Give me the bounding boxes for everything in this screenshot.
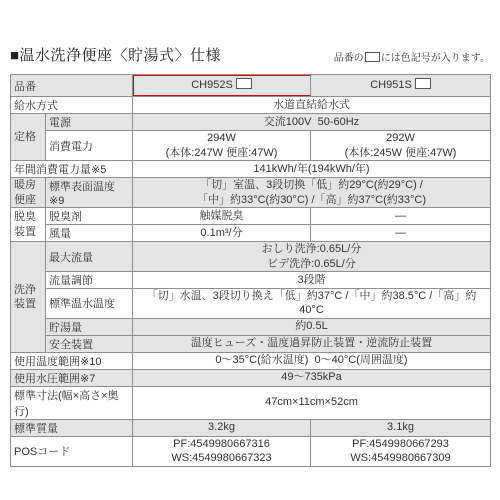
- spec-value-cell: 約0.5L: [133, 318, 491, 335]
- cell-text-line: 3.2kg: [136, 420, 307, 434]
- spec-label-cell: 消費電力: [46, 131, 133, 161]
- spec-label-cell: 安全装置: [46, 335, 133, 352]
- spec-label-cell: 風量: [46, 225, 133, 242]
- cell-text-line: 約0.5L: [136, 319, 487, 333]
- spec-row: 風量0.1m³/分—: [11, 225, 491, 242]
- cell-text-line: 3段階: [136, 273, 487, 287]
- spec-value-cell: 3.2kg: [133, 419, 311, 436]
- spec-row: 標準温水温度「切」水温、3段切り換え「低」約37°C /「中」約38.5°C /…: [11, 289, 491, 319]
- cell-text-line: 便座: [14, 193, 42, 207]
- cell-text-line: 3.1kg: [314, 420, 487, 434]
- spec-sheet-header: ■温水洗浄便座〈貯湯式〉仕様 品番のには色記号が入ります。: [10, 47, 490, 65]
- cell-text-line: WS:4549980667309: [314, 451, 487, 465]
- spec-value-cell: —: [311, 208, 491, 225]
- spec-row: POSコードPF:4549980667316WS:4549980667323PF…: [11, 436, 491, 466]
- spec-row: 貯湯量約0.5L: [11, 318, 491, 335]
- cell-text-line: 0.1m³/分: [136, 226, 307, 240]
- cell-text-line: CH951S: [314, 78, 487, 92]
- cell-text-line: 洗浄: [14, 283, 42, 297]
- color-code-note: 品番のには色記号が入ります。: [334, 49, 490, 65]
- cell-text-line: 交流100V 50-60Hz: [136, 115, 487, 129]
- spec-value-cell: 141kWh/年(194kWh/年): [133, 161, 491, 178]
- spec-row: 安全装置温度ヒューズ・温度過昇防止装置・逆流防止装置: [11, 335, 491, 352]
- spec-label-cell: 年間消費電力量※5: [11, 161, 133, 178]
- spec-label-cell: 電源: [46, 114, 133, 131]
- cell-text-line: WS:4549980667323: [136, 451, 307, 465]
- color-code-note-suffix: には色記号が入ります。: [381, 53, 490, 64]
- spec-label-cell: 標準質量: [11, 419, 133, 436]
- spec-label-cell: 標準温水温度: [46, 289, 133, 319]
- cell-text-line: —: [314, 209, 487, 223]
- spec-row: 標準寸法(幅×高さ×奥行)47cm×11cm×52cm: [11, 386, 491, 419]
- spec-group-cell: 暖房便座: [11, 178, 46, 208]
- spec-label-cell: 使用水圧範囲※7: [11, 369, 133, 386]
- spec-value-cell: PF:4549980667293WS:4549980667309: [311, 436, 491, 466]
- spec-label-cell: 品番: [11, 75, 133, 97]
- cell-text-line: CH952S: [136, 78, 307, 92]
- cell-text-line: 141kWh/年(194kWh/年): [136, 162, 487, 176]
- cell-text-line: PF:4549980667293: [314, 437, 487, 451]
- spec-group-cell: 脱臭装置: [11, 208, 46, 242]
- cell-text-line: おしり洗浄:0.65L/分: [136, 242, 487, 256]
- spec-value-cell: —: [311, 225, 491, 242]
- cell-text-line: 292W: [314, 131, 487, 145]
- spec-row: 洗浄装置最大流量おしり洗浄:0.65L/分ビデ洗浄:0.65L/分: [11, 242, 491, 272]
- color-code-box: [236, 78, 252, 89]
- spec-row: 使用水圧範囲※749〜735kPa: [11, 369, 491, 386]
- spec-value-cell: 47cm×11cm×52cm: [133, 386, 491, 419]
- spec-row: 品番CH952SCH951S: [11, 75, 491, 97]
- spec-value-cell: 0.1m³/分: [133, 225, 311, 242]
- color-code-note-prefix: 品番の: [334, 53, 364, 64]
- spec-label-cell: 最大流量: [46, 242, 133, 272]
- cell-text-line: 装置: [14, 225, 42, 239]
- spec-value-cell: 交流100V 50-60Hz: [133, 114, 491, 131]
- spec-label-cell: 標準表面温度※9: [46, 178, 133, 208]
- cell-text-line: 暖房: [14, 178, 42, 192]
- cell-text-line: 「切」水温、3段切り換え「低」約37°C /「中」約38.5°C /「高」約40…: [136, 289, 487, 318]
- cell-text-line: 装置: [14, 297, 42, 311]
- cell-text-line: 49〜735kPa: [136, 370, 487, 384]
- cell-text-line: 47cm×11cm×52cm: [136, 395, 487, 409]
- cell-text-line: 水道直結給水式: [136, 98, 487, 112]
- cell-text-line: 脱臭: [14, 210, 42, 224]
- spec-value-cell: 3段階: [133, 272, 491, 289]
- spec-group-cell: 定格: [11, 114, 46, 161]
- spec-row: 流量調節3段階: [11, 272, 491, 289]
- cell-text-line: PF:4549980667316: [136, 437, 307, 451]
- spec-value-cell: 水道直結給水式: [133, 97, 491, 114]
- spec-row: 年間消費電力量※5141kWh/年(194kWh/年): [11, 161, 491, 178]
- cell-text-line: 定格: [14, 130, 42, 144]
- spec-label-cell: POSコード: [11, 436, 133, 466]
- spec-group-cell: 洗浄装置: [11, 242, 46, 353]
- spec-label-cell: 貯湯量: [46, 318, 133, 335]
- cell-text-line: 0〜35°C(給水温度) 0〜40°C(周囲温度): [136, 353, 487, 367]
- cell-text-line: ビデ洗浄:0.65L/分: [136, 257, 487, 271]
- spec-label-cell: 脱臭剤: [46, 208, 133, 225]
- spec-value-cell: 触媒脱臭: [133, 208, 311, 225]
- spec-value-cell: 294W(本体:247W 便座:47W): [133, 131, 311, 161]
- spec-row: 標準質量3.2kg3.1kg: [11, 419, 491, 436]
- spec-row: 定格電源交流100V 50-60Hz: [11, 114, 491, 131]
- color-code-box: [415, 78, 431, 89]
- spec-row: 給水方式水道直結給水式: [11, 97, 491, 114]
- spec-value-cell: 「切」水温、3段切り換え「低」約37°C /「中」約38.5°C /「高」約40…: [133, 289, 491, 319]
- spec-value-cell: PF:4549980667316WS:4549980667323: [133, 436, 311, 466]
- spec-label-cell: 給水方式: [11, 97, 133, 114]
- spec-row: 消費電力294W(本体:247W 便座:47W)292W(本体:245W 便座:…: [11, 131, 491, 161]
- cell-text-line: 294W: [136, 131, 307, 145]
- cell-text-line: 「切」室温、3段切換「低」約29°C(約29°C) /: [136, 178, 487, 192]
- spec-row: 暖房便座標準表面温度※9「切」室温、3段切換「低」約29°C(約29°C) /「…: [11, 178, 491, 208]
- spec-table: 品番CH952SCH951S給水方式水道直結給水式定格電源交流100V 50-6…: [10, 74, 491, 467]
- spec-value-cell: 「切」室温、3段切換「低」約29°C(約29°C) /「中」約33°C(約30°…: [133, 178, 491, 208]
- cell-text-line: 温度ヒューズ・温度過昇防止装置・逆流防止装置: [136, 336, 487, 350]
- cell-text-line: —: [314, 226, 487, 240]
- spec-row: 脱臭装置脱臭剤触媒脱臭—: [11, 208, 491, 225]
- spec-label-cell: 使用温度範囲※10: [11, 352, 133, 369]
- cell-text-line: (本体:247W 便座:47W): [136, 146, 307, 160]
- spec-value-cell: 3.1kg: [311, 419, 491, 436]
- spec-value-cell: おしり洗浄:0.65L/分ビデ洗浄:0.65L/分: [133, 242, 491, 272]
- page-title: ■温水洗浄便座〈貯湯式〉仕様: [10, 47, 221, 65]
- cell-text-line: 「中」約33°C(約30°C) /「高」約37°C(約33°C): [136, 193, 487, 207]
- spec-value-cell: 49〜735kPa: [133, 369, 491, 386]
- spec-row: 使用温度範囲※100〜35°C(給水温度) 0〜40°C(周囲温度): [11, 352, 491, 369]
- spec-label-cell: 流量調節: [46, 272, 133, 289]
- spec-value-cell: 292W(本体:245W 便座:47W): [311, 131, 491, 161]
- spec-sheet: ■温水洗浄便座〈貯湯式〉仕様 品番のには色記号が入ります。 品番CH952SCH…: [10, 47, 490, 467]
- spec-label-cell: 標準寸法(幅×高さ×奥行): [11, 386, 133, 419]
- spec-value-cell: CH952S: [133, 75, 311, 97]
- cell-text-line: 触媒脱臭: [136, 209, 307, 223]
- cell-text-line: (本体:245W 便座:47W): [314, 146, 487, 160]
- color-code-placeholder-icon: [365, 52, 380, 62]
- spec-value-cell: 0〜35°C(給水温度) 0〜40°C(周囲温度): [133, 352, 491, 369]
- spec-value-cell: 温度ヒューズ・温度過昇防止装置・逆流防止装置: [133, 335, 491, 352]
- spec-value-cell: CH951S: [311, 75, 491, 97]
